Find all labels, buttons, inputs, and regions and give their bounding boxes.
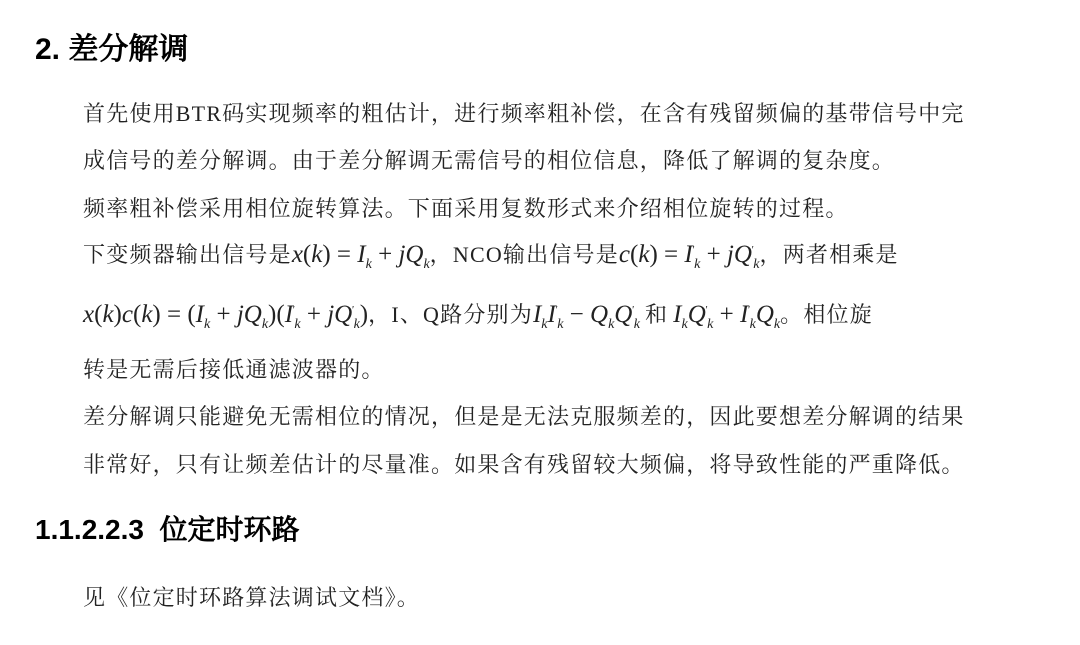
paragraph-line-equation: 下变频器输出信号是x(k) = Ik + jQk，NCO输出信号是c(k) = … bbox=[83, 238, 899, 273]
paragraph-line: 成信号的差分解调。由于差分解调无需信号的相位信息，降低了解调的复杂度。 bbox=[83, 144, 895, 175]
equation-i-branch: IkI'k − QkQ'k bbox=[533, 301, 640, 328]
subsection-heading: 1.1.2.2.3 位定时环路 bbox=[35, 508, 300, 548]
text-fragment: ，I、Q路分别为 bbox=[368, 302, 533, 327]
text-fragment: ，NCO输出信号是 bbox=[430, 242, 619, 267]
paragraph-line: 非常好，只有让频差估计的尽量准。如果含有残留较大频偏，将导致性能的严重降低。 bbox=[83, 448, 965, 479]
paragraph-line: 转是无需后接低通滤波器的。 bbox=[83, 353, 385, 384]
text-fragment: 。相位旋 bbox=[780, 302, 873, 327]
paragraph-line: 频率粗补偿采用相位旋转算法。下面采用复数形式来介绍相位旋转的过程。 bbox=[83, 192, 849, 223]
equation-q-branch: IkQ'k + I'kQk bbox=[673, 301, 780, 328]
equation-x-k: x(k) = Ik + jQk bbox=[292, 241, 430, 268]
equation-product: x(k)c(k) = (Ik + jQk)(I'k + jQ'k) bbox=[83, 301, 368, 328]
text-fragment: 下变频器输出信号是 bbox=[83, 242, 292, 267]
paragraph-line-equation: x(k)c(k) = (Ik + jQk)(I'k + jQ'k)，I、Q路分别… bbox=[83, 298, 873, 333]
paragraph-line: 差分解调只能避免无需相位的情况，但是是无法克服频差的，因此要想差分解调的结果 bbox=[83, 400, 965, 431]
section-heading: 2. 差分解调 bbox=[35, 24, 188, 68]
reference-text: 见《位定时环路算法调试文档》。 bbox=[83, 581, 420, 612]
text-fragment: 和 bbox=[645, 302, 668, 327]
paragraph-line: 首先使用BTR码实现频率的粗估计，进行频率粗补偿，在含有残留频偏的基带信号中完 bbox=[83, 97, 965, 128]
equation-c-k: c(k) = I'k + jQ'k bbox=[619, 241, 760, 268]
text-fragment: ，两者相乘是 bbox=[760, 242, 899, 267]
